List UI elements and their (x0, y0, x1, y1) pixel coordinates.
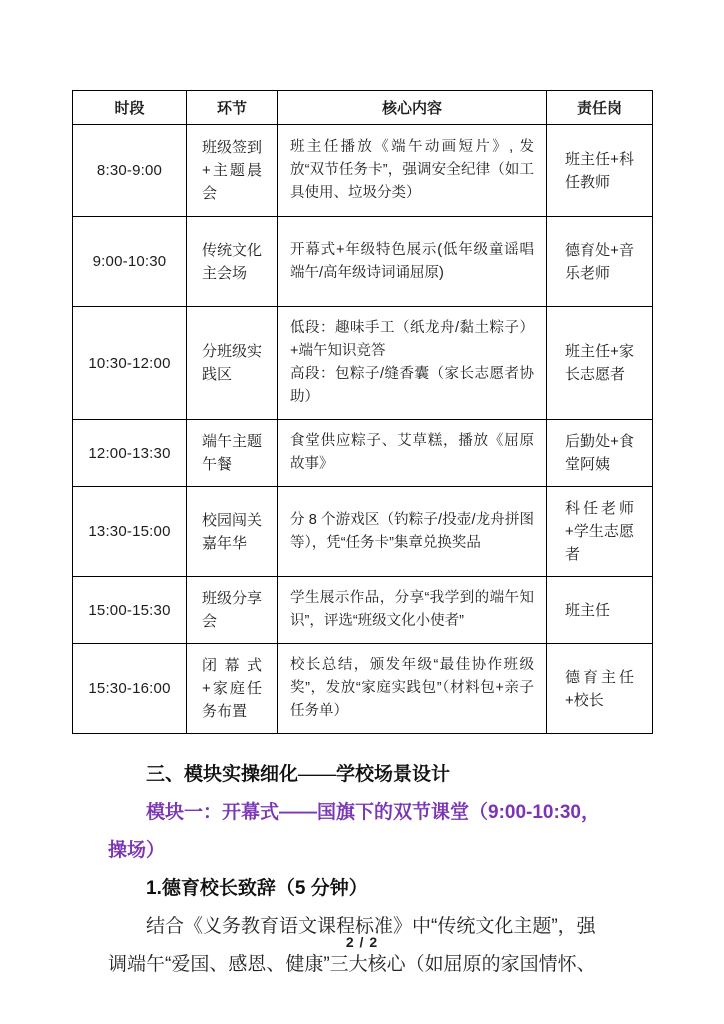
stage-cell: 班级签到+主题晨会 (187, 125, 278, 217)
stage-cell: 班级分享会 (187, 577, 278, 644)
header-cell-stage: 环节 (187, 91, 278, 125)
module-heading: 模块一：开幕式——国旗下的双节课堂（9:00-10:30， 操场） (108, 794, 652, 870)
table-row: 8:30-9:00 班级签到+主题晨会 班主任播放《端午动画短片》, 发放“双节… (73, 125, 653, 217)
sub-heading: 1.德育校长致辞（5 分钟） (108, 870, 652, 908)
owner-cell: 班主任+家长志愿者 (547, 307, 653, 420)
stage-cell: 端午主题午餐 (187, 420, 278, 487)
table-header-row: 时段 环节 核心内容 责任岗 (73, 91, 653, 125)
stage-cell: 分班级实践区 (187, 307, 278, 420)
content-cell: 班主任播放《端午动画短片》, 发放“双节任务卡”，强调安全纪律（如工具使用、垃圾… (278, 125, 547, 217)
owner-cell: 德育处+音乐老师 (547, 217, 653, 307)
time-cell: 12:00-13:30 (73, 420, 187, 487)
content-cell: 分 8 个游戏区（钓粽子/投壶/龙舟拼图等），凭“任务卡”集章兑换奖品 (278, 487, 547, 577)
table-row: 15:30-16:00 闭幕式+家庭任务布置 校长总结，颁发年级“最佳协作班级奖… (73, 644, 653, 734)
time-cell: 8:30-9:00 (73, 125, 187, 217)
stage-cell: 闭幕式+家庭任务布置 (187, 644, 278, 734)
document-page: 时段 环节 核心内容 责任岗 8:30-9:00 班级签到+主题晨会 班主任播放… (0, 0, 724, 1024)
owner-cell: 科任老师+学生志愿者 (547, 487, 653, 577)
time-cell: 10:30-12:00 (73, 307, 187, 420)
content-cell: 食堂供应粽子、艾草糕，播放《屈原故事》 (278, 420, 547, 487)
time-cell: 15:30-16:00 (73, 644, 187, 734)
time-cell: 13:30-15:00 (73, 487, 187, 577)
time-cell: 9:00-10:30 (73, 217, 187, 307)
time-cell: 15:00-15:30 (73, 577, 187, 644)
owner-cell: 班主任+科任教师 (547, 125, 653, 217)
table-row: 10:30-12:00 分班级实践区 低段：趣味手工（纸龙舟/黏土粽子）+端午知… (73, 307, 653, 420)
header-cell-owner: 责任岗 (547, 91, 653, 125)
header-cell-content: 核心内容 (278, 91, 547, 125)
content-cell: 低段：趣味手工（纸龙舟/黏土粽子）+端午知识竞答 高段：包粽子/缝香囊（家长志愿… (278, 307, 547, 420)
page-number: 2 / 2 (0, 934, 724, 950)
content-cell: 学生展示作品，分享“我学到的端午知识”，评选“班级文化小使者” (278, 577, 547, 644)
header-cell-time: 时段 (73, 91, 187, 125)
stage-cell: 校园闯关嘉年华 (187, 487, 278, 577)
table-row: 12:00-13:30 端午主题午餐 食堂供应粽子、艾草糕，播放《屈原故事》 后… (73, 420, 653, 487)
stage-cell: 传统文化主会场 (187, 217, 278, 307)
owner-cell: 后勤处+食堂阿姨 (547, 420, 653, 487)
owner-cell: 班主任 (547, 577, 653, 644)
table-row: 15:00-15:30 班级分享会 学生展示作品，分享“我学到的端午知识”，评选… (73, 577, 653, 644)
owner-cell: 德育主任+校长 (547, 644, 653, 734)
content-cell: 校长总结，颁发年级“最佳协作班级奖”，发放“家庭实践包”（材料包+亲子任务单） (278, 644, 547, 734)
table-row: 13:30-15:00 校园闯关嘉年华 分 8 个游戏区（钓粽子/投壶/龙舟拼图… (73, 487, 653, 577)
content-cell: 开幕式+年级特色展示(低年级童谣唱端午/高年级诗词诵屈原) (278, 217, 547, 307)
table-row: 9:00-10:30 传统文化主会场 开幕式+年级特色展示(低年级童谣唱端午/高… (73, 217, 653, 307)
schedule-table: 时段 环节 核心内容 责任岗 8:30-9:00 班级签到+主题晨会 班主任播放… (72, 90, 653, 734)
section-heading: 三、模块实操细化——学校场景设计 (108, 756, 652, 794)
